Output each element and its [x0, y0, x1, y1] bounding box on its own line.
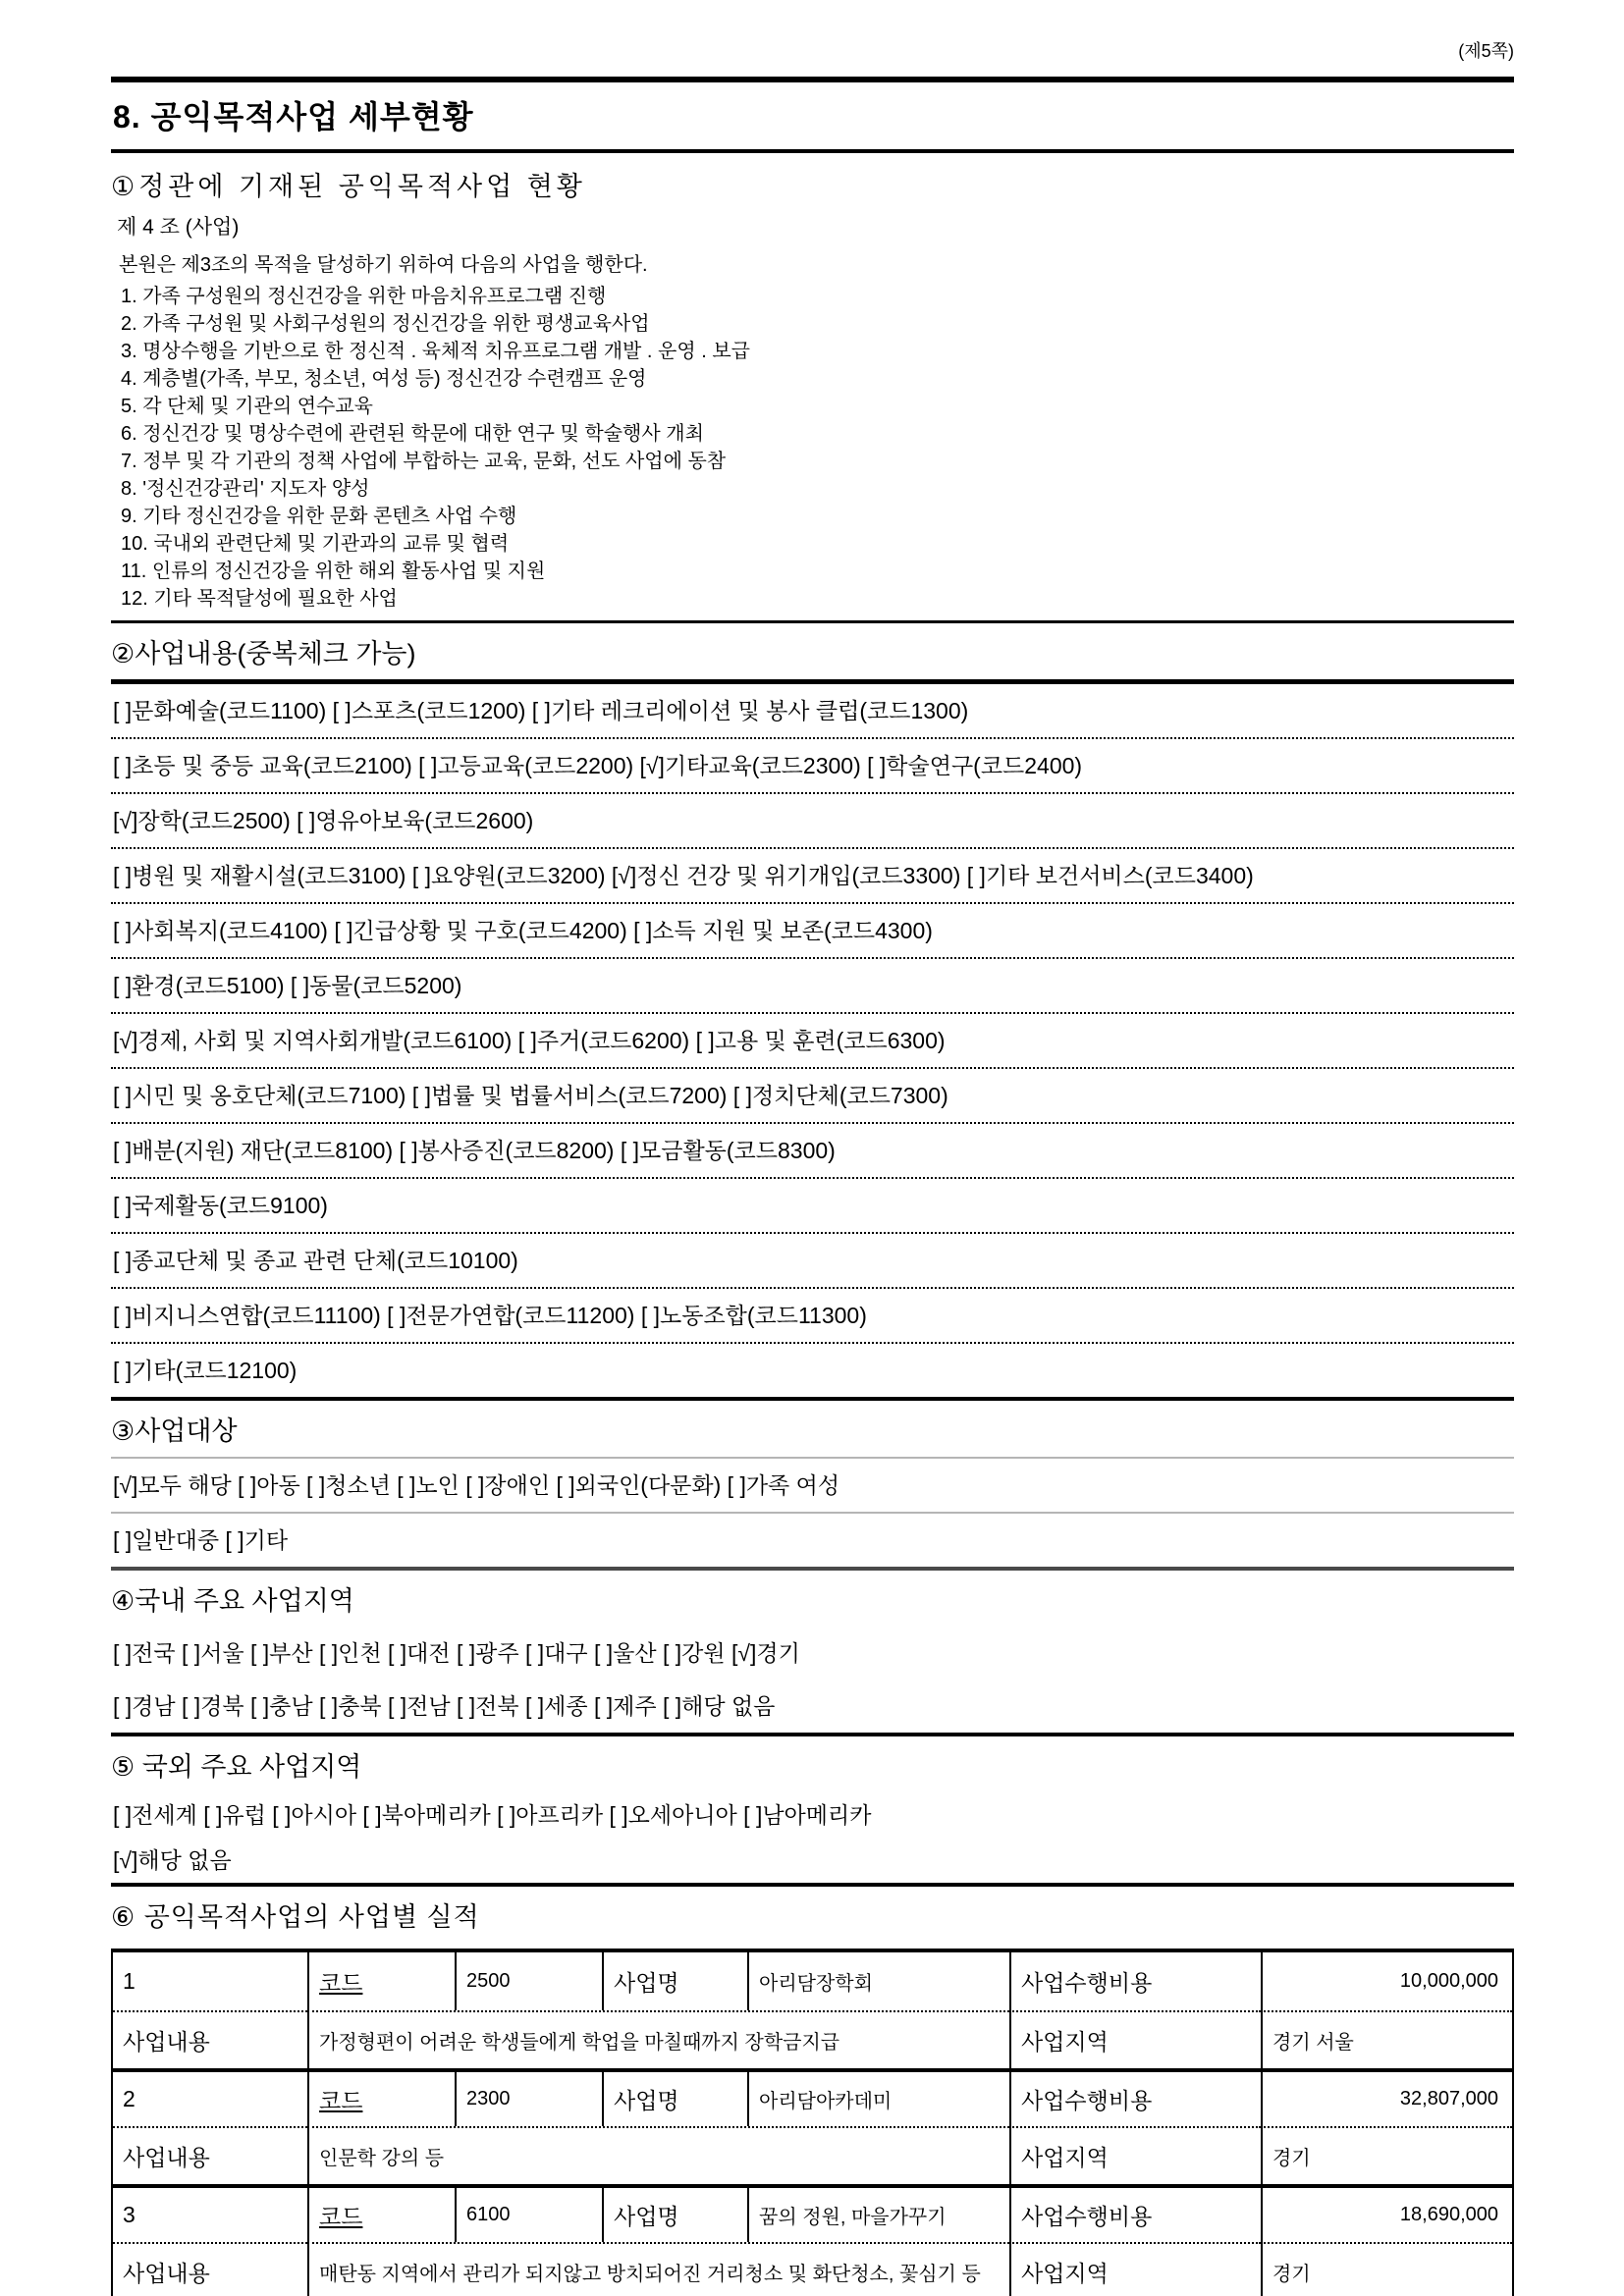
section-3-heading: ③사업대상: [111, 1397, 1514, 1457]
article-item: 9. 기타 정신건강을 위한 문화 콘텐츠 사업 수행: [111, 503, 1514, 530]
business-content-row: [ ]비지니스연합(코드11100) [ ]전문가연합(코드11200) [ ]…: [111, 1287, 1514, 1342]
content-label: 사업내용: [113, 2010, 307, 2068]
code-label: 코드: [307, 2184, 455, 2242]
overseas-region-rows: [ ]전세계 [ ]유럽 [ ]아시아 [ ]북아메리카 [ ]아프리카 [ ]…: [111, 1792, 1514, 1883]
article-item: 10. 국내외 관련단체 및 기관과의 교류 및 협력: [111, 530, 1514, 558]
code-label: 코드: [307, 1952, 455, 2010]
business-content-row: [√]경제, 사회 및 지역사회개발(코드6100) [ ]주거(코드6200)…: [111, 1012, 1514, 1067]
article-item: 4. 계층별(가족, 부모, 청소년, 여성 등) 정신건강 수련캠프 운영: [111, 365, 1514, 393]
content-label: 사업내용: [113, 2242, 307, 2296]
domestic-region-row: [ ]전국 [ ]서울 [ ]부산 [ ]인천 [ ]대전 [ ]광주 [ ]대…: [111, 1627, 1514, 1680]
article-item: 3. 명상수행을 기반으로 한 정신적 . 육체적 치유프로그램 개발 . 운영…: [111, 338, 1514, 365]
business-target-row: [√]모두 해당 [ ]아동 [ ]청소년 [ ]노인 [ ]장애인 [ ]외국…: [111, 1459, 1514, 1512]
article-item: 12. 기타 목적달성에 필요한 사업: [111, 585, 1514, 613]
region-value: 경기: [1261, 2126, 1512, 2184]
article-item: 5. 각 단체 및 기관의 연수교육: [111, 393, 1514, 420]
region-value: 경기: [1261, 2242, 1512, 2296]
cost-label: 사업수행비용: [1009, 2184, 1261, 2242]
code-value: 6100: [455, 2184, 602, 2242]
section-5-heading: ⑤ 국외 주요 사업지역: [111, 1733, 1514, 1792]
article-intro: 본원은 제3조의 목적을 달성하기 위하여 다음의 사업을 행한다.: [111, 244, 1514, 283]
code-value: 2300: [455, 2068, 602, 2126]
article-title: 제 4 조 (사업): [111, 207, 1514, 244]
entry-number: 2: [113, 2068, 307, 2126]
content-value: 인문학 강의 등: [307, 2126, 1009, 2184]
content-label: 사업내용: [113, 2126, 307, 2184]
article-item: 2. 가족 구성원 및 사회구성원의 정신건강을 위한 평생교육사업: [111, 310, 1514, 338]
cost-label: 사업수행비용: [1009, 2068, 1261, 2126]
cost-value: 32,807,000: [1261, 2068, 1512, 2126]
page-number-label: (제5쪽): [111, 37, 1514, 63]
overseas-region-row: [√]해당 없음: [111, 1838, 1514, 1883]
business-name-label: 사업명: [602, 1952, 747, 2010]
article-item: 7. 정부 및 각 기관의 정책 사업에 부합하는 교육, 문화, 선도 사업에…: [111, 448, 1514, 475]
region-label: 사업지역: [1009, 2242, 1261, 2296]
business-content-row: [ ]환경(코드5100) [ ]동물(코드5200): [111, 957, 1514, 1012]
article-item-list: 1. 가족 구성원의 정신건강을 위한 마음치유프로그램 진행 2. 가족 구성…: [111, 283, 1514, 623]
code-value: 2500: [455, 1952, 602, 2010]
article-item: 6. 정신건강 및 명상수련에 관련된 학문에 대한 연구 및 학술행사 개최: [111, 420, 1514, 448]
cost-value: 10,000,000: [1261, 1952, 1512, 2010]
business-content-row: [ ]문화예술(코드1100) [ ]스포츠(코드1200) [ ]기타 레크리…: [111, 684, 1514, 737]
section-1-heading: ①정관에 기재된 공익목적사업 현황: [111, 153, 1514, 207]
business-content-rows: [ ]문화예술(코드1100) [ ]스포츠(코드1200) [ ]기타 레크리…: [111, 679, 1514, 1397]
business-name-value: 아리담아카데미: [747, 2068, 1009, 2126]
code-label: 코드: [307, 2068, 455, 2126]
document-title: 8. 공익목적사업 세부현황: [113, 92, 1512, 137]
business-content-row: [ ]병원 및 재활시설(코드3100) [ ]요양원(코드3200) [√]정…: [111, 847, 1514, 902]
business-content-row: [ ]국제활동(코드9100): [111, 1177, 1514, 1232]
content-value: 가정형편이 어려운 학생들에게 학업을 마칠때까지 장학금지급: [307, 2010, 1009, 2068]
code-label-text: 코드: [319, 2083, 362, 2115]
code-label-text: 코드: [319, 1965, 362, 1998]
business-name-label: 사업명: [602, 2068, 747, 2126]
business-content-row: [ ]시민 및 옹호단체(코드7100) [ ]법률 및 법률서비스(코드720…: [111, 1067, 1514, 1122]
content-value: 매탄동 지역에서 관리가 되지않고 방치되어진 거리청소 및 화단청소, 꽃심기…: [307, 2242, 1009, 2296]
section-2-heading: ②사업내용(중복체크 가능): [111, 623, 1514, 679]
section-6-heading: ⑥ 공익목적사업의 사업별 실적: [111, 1883, 1514, 1943]
entry-number: 3: [113, 2184, 307, 2242]
article-item: 11. 인류의 정신건강을 위한 해외 활동사업 및 지원: [111, 558, 1514, 585]
business-results-table: 1 코드 2500 사업명 아리담장학회 사업수행비용 10,000,000 사…: [111, 1949, 1514, 2296]
article-item: 8. '정신건강관리' 지도자 양성: [111, 475, 1514, 503]
business-content-row: [ ]초등 및 중등 교육(코드2100) [ ]고등교육(코드2200) [√…: [111, 737, 1514, 792]
domestic-region-row: [ ]경남 [ ]경북 [ ]충남 [ ]충북 [ ]전남 [ ]전북 [ ]세…: [111, 1680, 1514, 1733]
code-label-text: 코드: [319, 2199, 362, 2231]
title-block: 8. 공익목적사업 세부현황: [111, 77, 1514, 153]
business-target-row: [ ]일반대중 [ ]기타: [111, 1512, 1514, 1567]
cost-label: 사업수행비용: [1009, 1952, 1261, 2010]
article-item: 1. 가족 구성원의 정신건강을 위한 마음치유프로그램 진행: [111, 283, 1514, 310]
business-name-label: 사업명: [602, 2184, 747, 2242]
business-content-row: [ ]사회복지(코드4100) [ ]긴급상황 및 구호(코드4200) [ ]…: [111, 902, 1514, 957]
business-name-value: 꿈의 정원, 마을가꾸기: [747, 2184, 1009, 2242]
document-page: (제5쪽) 8. 공익목적사업 세부현황 ①정관에 기재된 공익목적사업 현황 …: [0, 0, 1624, 2296]
section-4-heading: ④국내 주요 사업지역: [111, 1567, 1514, 1627]
overseas-region-row: [ ]전세계 [ ]유럽 [ ]아시아 [ ]북아메리카 [ ]아프리카 [ ]…: [111, 1792, 1514, 1838]
cost-value: 18,690,000: [1261, 2184, 1512, 2242]
domestic-region-rows: [ ]전국 [ ]서울 [ ]부산 [ ]인천 [ ]대전 [ ]광주 [ ]대…: [111, 1627, 1514, 1733]
region-label: 사업지역: [1009, 2010, 1261, 2068]
business-target-rows: [√]모두 해당 [ ]아동 [ ]청소년 [ ]노인 [ ]장애인 [ ]외국…: [111, 1457, 1514, 1567]
business-content-row: [ ]종교단체 및 종교 관련 단체(코드10100): [111, 1232, 1514, 1287]
business-content-row: [ ]배분(지원) 재단(코드8100) [ ]봉사증진(코드8200) [ ]…: [111, 1122, 1514, 1177]
document-content: (제5쪽) 8. 공익목적사업 세부현황 ①정관에 기재된 공익목적사업 현황 …: [111, 37, 1514, 2296]
entry-number: 1: [113, 1952, 307, 2010]
business-content-row: [ ]기타(코드12100): [111, 1342, 1514, 1397]
business-name-value: 아리담장학회: [747, 1952, 1009, 2010]
business-content-row: [√]장학(코드2500) [ ]영유아보육(코드2600): [111, 792, 1514, 847]
region-value: 경기 서울: [1261, 2010, 1512, 2068]
region-label: 사업지역: [1009, 2126, 1261, 2184]
